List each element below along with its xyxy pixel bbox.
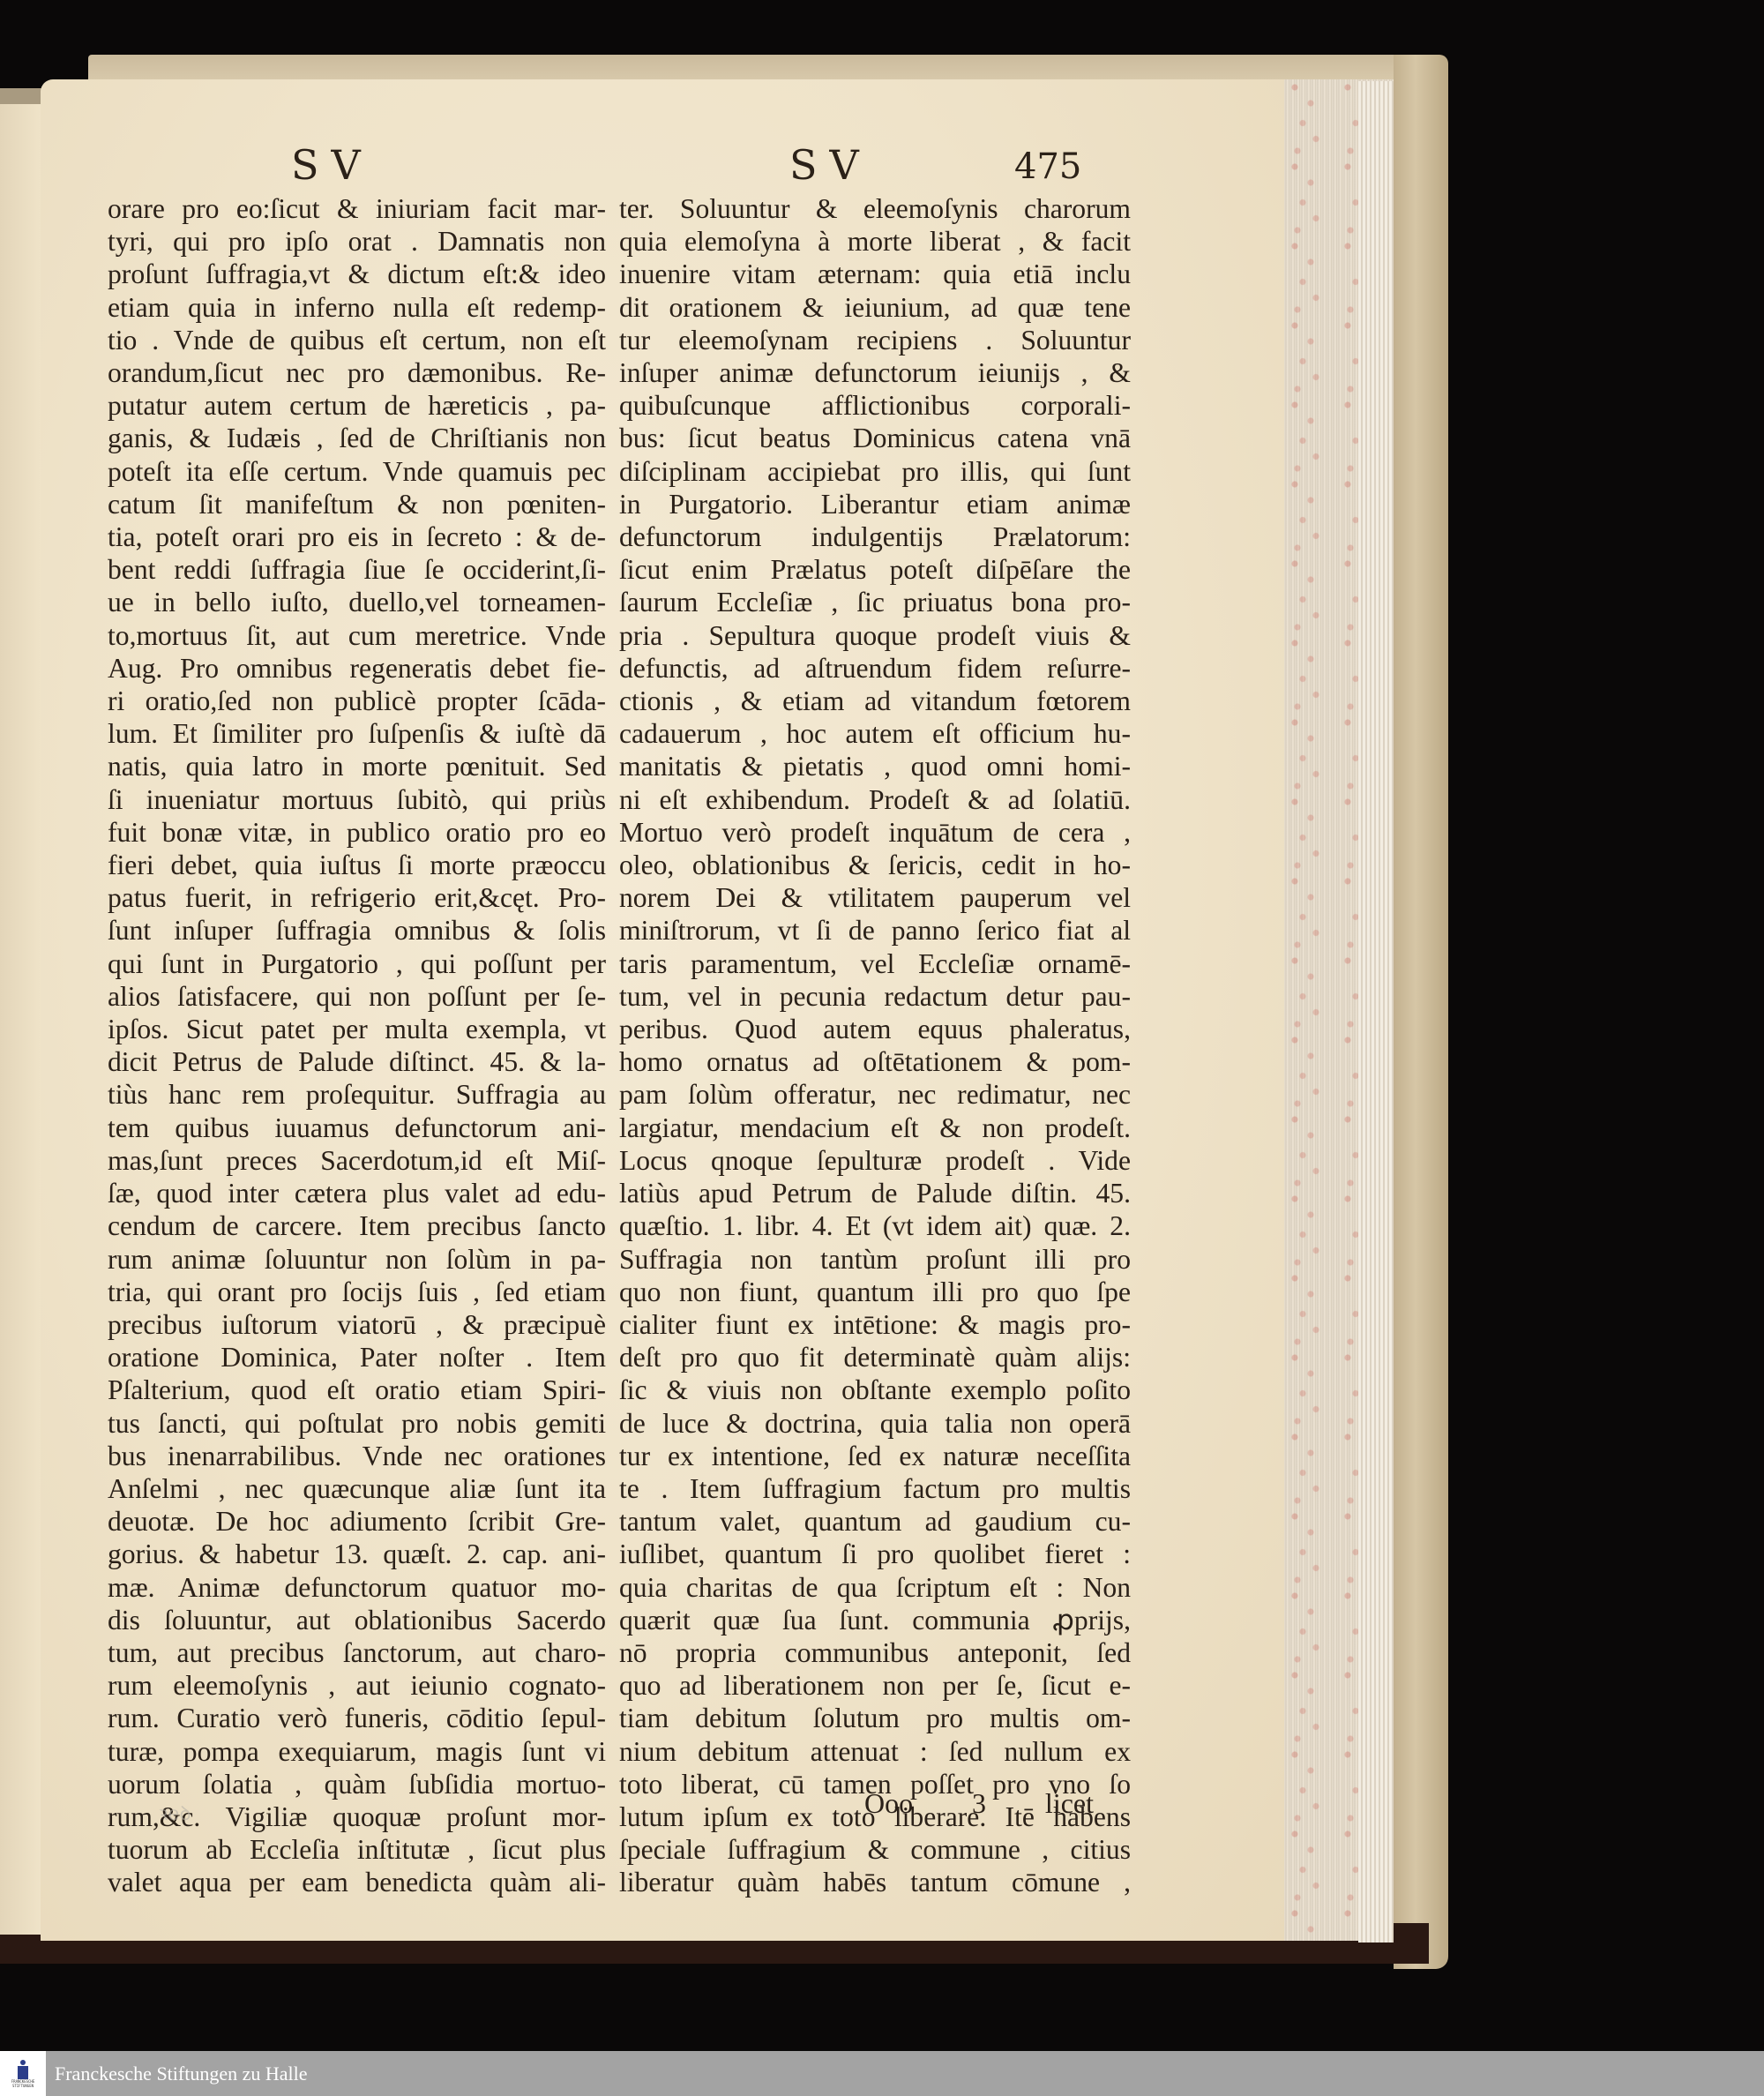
text-line: Locus qnoque ſepulturæ prodeſt . Vide — [619, 1144, 1131, 1177]
text-line: de luce & doctrina, quia talia non operā — [619, 1407, 1131, 1440]
text-line: proſunt ſuffragia,vt & dictum eſt:& ideo — [108, 258, 606, 290]
text-line: rum eleemoſynis , aut ieiunio cognato- — [108, 1669, 606, 1702]
text-line: ſicut enim Prælatus poteſt diſpēſare the — [619, 553, 1131, 586]
text-line: to,mortuus ſit, aut cum meretrice. Vnde — [108, 619, 606, 652]
text-line: catum ſit manifeſtum & non pœniten- — [108, 488, 606, 520]
text-line: alios ſatisfacere, qui non poſſunt per ſ… — [108, 980, 606, 1013]
text-line: Mortuo verò prodeſt inquātum de cera , — [619, 816, 1131, 849]
institution-logo[interactable]: FRANCKESCHE STIFTUNGEN — [0, 2051, 46, 2096]
text-line: ſic & viuis non obſtante exemplo poſito — [619, 1374, 1131, 1406]
text-line: quo non fiunt, quantum illi pro quo ſpe — [619, 1276, 1131, 1308]
text-line: ganis, & Iudæis , ſed de Chriſtianis non — [108, 422, 606, 454]
text-line: nō propria communibus anteponit, ſed — [619, 1636, 1131, 1669]
text-line: ter. Soluuntur & eleemoſynis charorum — [619, 192, 1131, 225]
text-line: tiùs hanc rem proſequitur. Suffragia au — [108, 1078, 606, 1111]
text-line: putatur autem certum de hæreticis , pa- — [108, 389, 606, 422]
text-line: cendum de carcere. Item precibus ſancto — [108, 1209, 606, 1242]
text-line: orare pro eo:ſicut & iniuriam facit mar- — [108, 192, 606, 225]
running-head-left: SV — [291, 141, 373, 189]
text-line: quia elemoſyna à morte liberat , & facit — [619, 225, 1131, 258]
text-line: latiùs apud Petrum de Palude diſtin. 45. — [619, 1177, 1131, 1209]
text-line: dicit Petrus de Palude diſtinct. 45. & l… — [108, 1045, 606, 1078]
text-line: ſaurum Eccleſiæ , ſic priuatus bona pro- — [619, 586, 1131, 618]
text-line: Anſelmi , nec quæcunque aliæ ſunt ita — [108, 1472, 606, 1505]
text-line: tur ex intentione, ſed ex naturæ neceſſi… — [619, 1440, 1131, 1472]
text-line: defunctorum indulgentijs Prælatorum: — [619, 520, 1131, 553]
text-line: deuotæ. De hoc adiumento ſcribit Gre- — [108, 1505, 606, 1538]
signature-mark: Ooo — [864, 1787, 913, 1820]
text-line: diſciplinam accipiebat pro illis, qui ſu… — [619, 455, 1131, 488]
text-line: miniſtrorum, vt ſi de panno ſerico fiat … — [619, 914, 1131, 947]
text-line: Aug. Pro omnibus regeneratis debet fie- — [108, 652, 606, 685]
text-line: te . Item ſuffragium factum pro multis — [619, 1472, 1131, 1505]
text-line: pam ſolùm offeratur, nec redimatur, nec — [619, 1078, 1131, 1111]
signature-line: Ooo 3 licet — [864, 1787, 1094, 1820]
text-line: homo ornatus ad oſtētationem & pom- — [619, 1045, 1131, 1078]
text-line: peribus. Quod autem equus phaleratus, — [619, 1013, 1131, 1045]
text-line: mæ. Animæ defunctorum quatuor mo- — [108, 1571, 606, 1604]
text-line: orandum,ſicut nec pro dæmonibus. Re- — [108, 356, 606, 389]
text-line: fuit bonæ vitæ, in publico oratio pro eo — [108, 816, 606, 849]
text-line: ſæ, quod inter cætera plus valet ad edu- — [108, 1177, 606, 1209]
text-line: rum animæ ſoluuntur non ſolùm in pa- — [108, 1243, 606, 1276]
text-line: turæ, pompa exequiarum, magis ſunt vi — [108, 1735, 606, 1768]
text-line: tum, vel in pecunia redactum detur pau- — [619, 980, 1131, 1013]
text-line: quæſtio. 1. libr. 4. Et (vt idem ait) qu… — [619, 1209, 1131, 1242]
text-line: ſi inueniatur mortuus ſubitò, qui priùs — [108, 783, 606, 816]
text-line: oratione Dominica, Pater noſter . Item — [108, 1341, 606, 1374]
text-line: quia charitas de qua ſcriptum eſt : Non — [619, 1571, 1131, 1604]
text-line: inuenire vitam æternam: quia etiā inclu — [619, 258, 1131, 290]
book-cover-right — [1394, 55, 1448, 1969]
text-line: inſuper animæ defunctorum ieiunijs , & — [619, 356, 1131, 389]
text-line: fieri debet, quia iuſtus ſi morte præocc… — [108, 849, 606, 881]
text-line: mas,ſunt preces Sacerdotum,id eſt Miſ- — [108, 1144, 606, 1177]
logo-text-line2: STIFTUNGEN — [12, 2084, 34, 2088]
text-line: rum. Curatio verò funeris, cōditio ſepul… — [108, 1702, 606, 1734]
text-line: tantum valet, quantum ad gaudium cu- — [619, 1505, 1131, 1538]
text-line: Pſalterium, quod eſt oratio etiam Spiri- — [108, 1374, 606, 1406]
signature-number: 3 — [972, 1787, 986, 1820]
text-line: quo ad liberationem non per ſe, ſicut e- — [619, 1669, 1131, 1702]
text-line: norem Dei & vtilitatem pauperum vel — [619, 881, 1131, 914]
text-line: natis, quia latro in morte pœnituit. Sed — [108, 750, 606, 782]
text-line: in Purgatorio. Liberantur etiam animæ — [619, 488, 1131, 520]
text-line: dis ſoluuntur, aut oblationibus Sacerdo — [108, 1604, 606, 1636]
text-line: tria, qui orant pro ſocijs ſuis , ſed et… — [108, 1276, 606, 1308]
text-line: tum, aut precibus ſanctorum, aut charo- — [108, 1636, 606, 1669]
text-line: iuſlibet, quantum ſi pro quolibet fieret… — [619, 1538, 1131, 1570]
francke-figure-icon — [15, 2060, 31, 2079]
text-line: ipſos. Sicut patet per multa exempla, vt — [108, 1013, 606, 1045]
running-head-right: SV — [789, 141, 871, 189]
text-line: qui ſunt in Purgatorio , qui poſſunt per — [108, 947, 606, 980]
text-line: liberatur quàm habēs tantum cōmune , — [619, 1866, 1131, 1898]
text-line: quærit quæ ſua ſunt. communia ꝓprijs, — [619, 1604, 1131, 1636]
text-line: tyri, qui pro ipſo orat . Damnatis non — [108, 225, 606, 258]
text-line: ctionis , & etiam ad vitandum fœtorem — [619, 685, 1131, 717]
text-line: dit orationem & ieiunium, ad quæ tene — [619, 291, 1131, 324]
text-line: bent reddi ſuffragia ſiue ſe occiderint,… — [108, 553, 606, 586]
text-line: ni eſt exhibendum. Prodeſt & ad ſolatiū. — [619, 783, 1131, 816]
text-line: tiam debitum ſolutum pro multis om- — [619, 1702, 1131, 1734]
text-line: tuorum ab Eccleſia inſtitutæ , ſicut plu… — [108, 1833, 606, 1866]
text-line: patus fuerit, in refrigerio erit,&cęt. P… — [108, 881, 606, 914]
text-line: cadauerum , hoc autem eſt officium hu- — [619, 717, 1131, 750]
text-line: pria . Sepultura quoque prodeſt viuis & — [619, 619, 1131, 652]
text-line: gorius. & habetur 13. quæſt. 2. cap. ani… — [108, 1538, 606, 1570]
text-line: Suffragia non tantùm proſunt illi pro — [619, 1243, 1131, 1276]
text-line: tia, poteſt orari pro eis in ſecreto : &… — [108, 520, 606, 553]
text-line: etiam quia in inferno nulla eſt redemp- — [108, 291, 606, 324]
left-page-stub — [0, 104, 43, 1935]
text-line: ſunt inſuper ſuffragia omnibus & ſolis — [108, 914, 606, 947]
text-line: valet aqua per eam benedicta quàm ali- — [108, 1866, 606, 1898]
faint-stamp-mark: ꝛeꝺ — [159, 1800, 191, 1826]
text-column-right: ter. Soluuntur & eleemoſynis charorumqui… — [619, 192, 1131, 1899]
text-line: largiatur, mendacium eſt & non prodeſt. — [619, 1112, 1131, 1144]
footer-bar: FRANCKESCHE STIFTUNGEN Franckesche Stift… — [0, 2051, 1764, 2096]
text-line: bus: ſicut beatus Dominicus catena vnā — [619, 422, 1131, 454]
text-line: taris paramentum, vel Eccleſiæ ornamē- — [619, 947, 1131, 980]
text-line: defunctis, ad aſtruendum fidem reſurre- — [619, 652, 1131, 685]
text-line: deſt pro quo fit determinatè quàm alijs: — [619, 1341, 1131, 1374]
page-edges-light — [1358, 81, 1394, 1943]
text-line: precibus iuſtorum viatorū , & præcipuè — [108, 1308, 606, 1341]
institution-name: Franckesche Stiftungen zu Halle — [55, 2062, 308, 2085]
text-line: cialiter fiunt ex intētione: & magis pro… — [619, 1308, 1131, 1341]
text-line: ue in bello iuſto, duello,vel torneamen- — [108, 586, 606, 618]
catchword: licet — [1045, 1787, 1094, 1820]
book-cover-top — [88, 55, 1446, 81]
text-line: manitatis & pietatis , quod omni homi- — [619, 750, 1131, 782]
page-number: 475 — [1014, 146, 1081, 187]
text-line: tur eleemoſynam recipiens . Soluuntur — [619, 324, 1131, 356]
text-line: tem quibus iuuamus defunctorum ani- — [108, 1112, 606, 1144]
text-line: quibuſcunque afflictionibus corporali- — [619, 389, 1131, 422]
text-line: nium debitum attenuat : ſed nullum ex — [619, 1735, 1131, 1768]
scan-image: SV SV 475 orare pro eo:ſicut & iniuriam … — [0, 0, 1764, 2051]
text-line: ri oratio,ſed non publicè propter ſcāda- — [108, 685, 606, 717]
text-line: uorum ſolatia , quàm ſubſidia mortuo- — [108, 1768, 606, 1800]
text-line: lum. Et ſimiliter pro ſuſpenſis & iuſtè … — [108, 717, 606, 750]
text-line: oleo, oblationibus & ſericis, cedit in h… — [619, 849, 1131, 881]
text-line: tio . Vnde de quibus eſt certum, non eſt — [108, 324, 606, 356]
text-line: ſpeciale ſuffragium & commune , citius — [619, 1833, 1131, 1866]
text-line: tus ſancti, qui poſtulat pro nobis gemit… — [108, 1407, 606, 1440]
text-line: poteſt ita eſſe certum. Vnde quamuis pec — [108, 455, 606, 488]
text-column-left: orare pro eo:ſicut & iniuriam facit mar-… — [108, 192, 606, 1899]
text-line: bus inenarrabilibus. Vnde nec orationes — [108, 1440, 606, 1472]
